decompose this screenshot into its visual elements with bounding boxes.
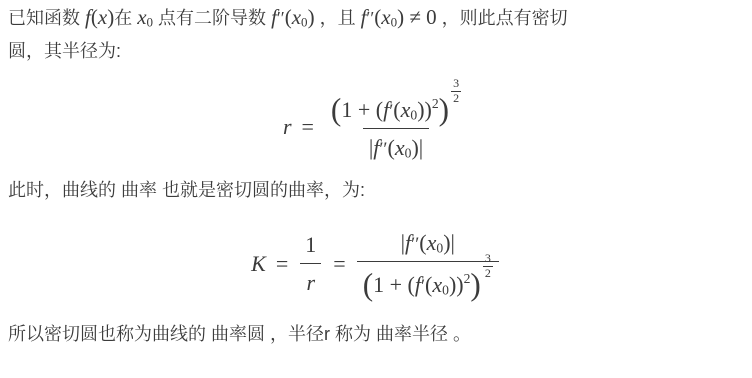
fraction-denominator: (1 + (f′(x0))2)32: [357, 261, 499, 300]
inline-math-f-second-derivative-nonzero: f′′(x0) ≠ 0: [361, 5, 437, 29]
fraction-numerator: (1 + (f′(x0))2)32: [325, 90, 467, 128]
text-run: 圆，其半径为:: [8, 41, 121, 61]
big-paren-left: (: [363, 267, 373, 302]
exponent-numerator: 3: [451, 77, 461, 92]
math-var-r: r: [306, 270, 315, 295]
math-var-K: K: [251, 250, 266, 278]
math-paren: (: [393, 97, 400, 122]
math-paren: ): [443, 230, 450, 255]
math-var-x: x: [98, 5, 107, 29]
paragraph-curvature: 此时，曲线的 曲率 也就是密切圆的曲率，为:: [8, 174, 744, 207]
abs-bar: |: [451, 230, 455, 255]
math-token: 1 + (: [341, 97, 383, 122]
paragraph-conclusion: 所以密切圆也称为曲线的 曲率圆 ，半径r 称为 曲率半径 。: [8, 318, 744, 351]
math-superscript-2: 2: [432, 96, 439, 111]
text-run: 在: [114, 8, 137, 28]
math-paren: )): [449, 272, 464, 297]
fraction-denominator: |f′′(x0)|: [363, 128, 429, 164]
math-subscript: 0: [442, 283, 449, 298]
math-paren: (: [388, 135, 395, 160]
math-paren: ): [308, 5, 315, 29]
math-var-r: r: [283, 113, 292, 141]
math-var-x: x: [432, 272, 442, 297]
fraction-numerator: |f′′(x0)|: [395, 227, 461, 262]
double-prime: ′′: [277, 8, 285, 28]
math-var-x: x: [381, 5, 390, 29]
text-run: 已知函数: [8, 8, 85, 28]
display-formula-radius: r = (1 + (f′(x0))2)32 |f′′(x0)|: [8, 90, 744, 164]
math-var-x: x: [401, 97, 411, 122]
abs-bar: |: [419, 135, 423, 160]
math-var-x: x: [395, 135, 405, 160]
exponent-denominator: 2: [451, 92, 461, 106]
fraction-one-over-r: 1 r: [299, 229, 322, 299]
equals-sign: =: [333, 250, 345, 278]
fraction-numerator: 1: [299, 229, 322, 264]
exponent-denominator: 2: [483, 267, 493, 281]
math-var-x: x: [137, 5, 146, 29]
inline-math-f-of-x: f(x): [85, 5, 114, 29]
fraction: |f′′(x0)| (1 + (f′(x0))2)32: [357, 227, 499, 301]
math-paren: (: [285, 5, 292, 29]
math-not-equal-zero: ≠ 0: [404, 5, 437, 29]
equals-sign: =: [302, 113, 314, 141]
math-var-x: x: [427, 230, 437, 255]
big-paren-left: (: [331, 92, 341, 127]
math-paren: ): [411, 135, 418, 160]
exponent-three-halves: 32: [451, 77, 461, 106]
text-run: 点有二阶导数: [153, 8, 271, 28]
inline-math-f-second-derivative: f′′(x0): [271, 5, 315, 29]
exponent-three-halves: 32: [483, 252, 493, 281]
math-paren: (: [91, 5, 98, 29]
text-run: ，则此点有密切: [437, 8, 568, 28]
big-paren-right: ): [439, 92, 449, 127]
fraction: (1 + (f′(x0))2)32 |f′′(x0)|: [325, 90, 467, 164]
display-formula-curvature: K = 1 r = |f′′(x0)| (1 + (f′(x0))2)32: [8, 227, 744, 301]
inline-math-x0: x0: [137, 5, 153, 29]
fraction-denominator: r: [300, 263, 321, 299]
double-prime: ′′: [379, 139, 387, 160]
math-paren: )): [417, 97, 432, 122]
math-var-x: x: [292, 5, 301, 29]
math-token: 1 + (: [373, 272, 415, 297]
equals-sign: =: [276, 250, 288, 278]
exponent-numerator: 3: [483, 252, 493, 267]
math-article: 已知函数 f(x)在 x0 点有二阶导数 f′′(x0) ，且 f′′(x0) …: [0, 0, 752, 351]
paragraph-intro: 已知函数 f(x)在 x0 点有二阶导数 f′′(x0) ，且 f′′(x0) …: [8, 2, 744, 68]
big-paren-right: ): [470, 267, 480, 302]
text-run: ，且: [315, 8, 361, 28]
math-paren: (: [419, 230, 426, 255]
